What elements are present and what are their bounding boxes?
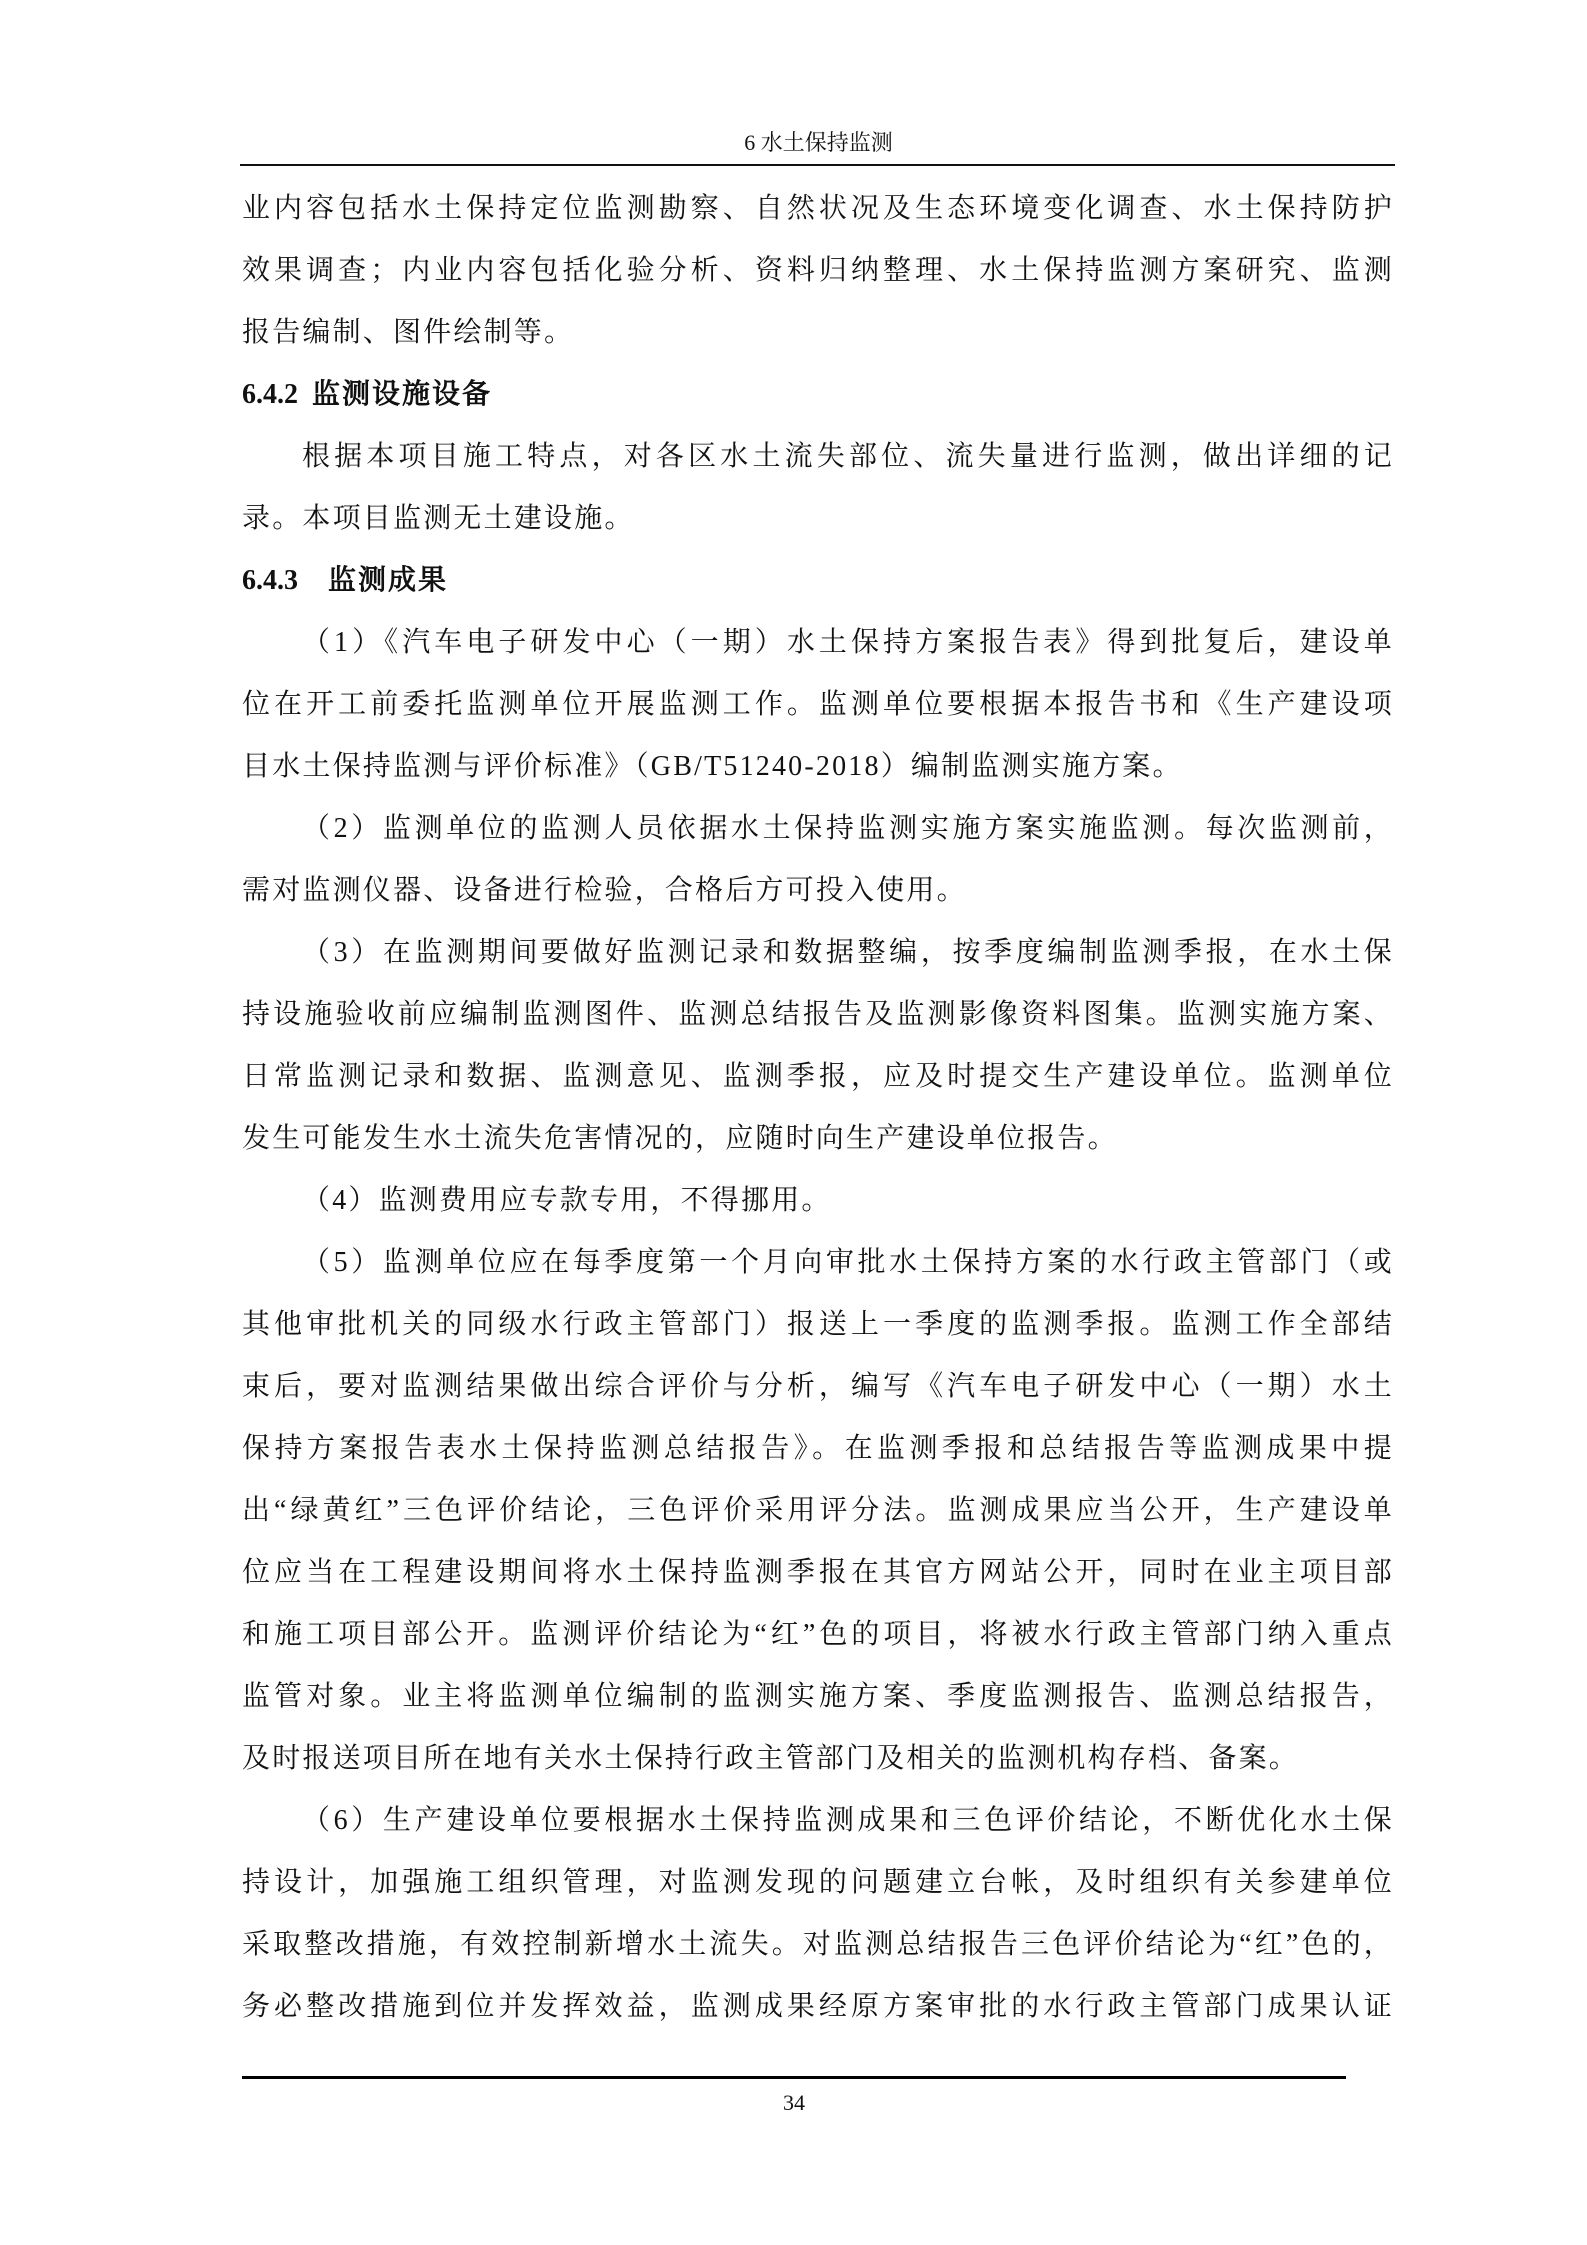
list-item-1-line: 目水土保持监测与评价标准》（GB/T51240-2018）编制监测实施方案。 bbox=[242, 736, 1394, 798]
running-header: 6 水土保持监测 bbox=[242, 128, 1395, 158]
list-item-6-line: 持设计，加强施工组织管理，对监测发现的问题建立台帐，及时组织有关参建单位 bbox=[242, 1852, 1394, 1914]
paragraph-line: 效果调查；内业内容包括化验分析、资料归纳整理、水土保持监测方案研究、监测 bbox=[242, 240, 1394, 302]
body-text: 业内容包括水土保持定位监测勘察、自然状况及生态环境变化调查、水土保持防护 效果调… bbox=[242, 178, 1394, 2038]
page-number: 34 bbox=[242, 2088, 1346, 2118]
paragraph-line: 根据本项目施工特点，对各区水土流失部位、流失量进行监测，做出详细的记 bbox=[242, 426, 1394, 488]
section-number: 6.4.2 bbox=[242, 379, 298, 410]
section-heading-6-4-2: 6.4.2监测设施设备 bbox=[242, 364, 1394, 426]
section-number: 6.4.3 bbox=[242, 565, 298, 596]
paragraph-line: 业内容包括水土保持定位监测勘察、自然状况及生态环境变化调查、水土保持防护 bbox=[242, 178, 1394, 240]
list-item-5-line: 及时报送项目所在地有关水土保持行政主管部门及相关的监测机构存档、备案。 bbox=[242, 1728, 1394, 1790]
list-item-5-line: （5）监测单位应在每季度第一个月向审批水土保持方案的水行政主管部门（或 bbox=[242, 1232, 1394, 1294]
list-item-5-line: 出“绿黄红”三色评价结论，三色评价采用评分法。监测成果应当公开，生产建设单 bbox=[242, 1480, 1394, 1542]
list-item-5-line: 位应当在工程建设期间将水土保持监测季报在其官方网站公开，同时在业主项目部 bbox=[242, 1542, 1394, 1604]
list-item-5-line: 束后，要对监测结果做出综合评价与分析，编写《汽车电子研发中心（一期）水土 bbox=[242, 1356, 1394, 1418]
list-item-3-line: 发生可能发生水土流失危害情况的，应随时向生产建设单位报告。 bbox=[242, 1108, 1394, 1170]
list-item-2-line: 需对监测仪器、设备进行检验，合格后方可投入使用。 bbox=[242, 860, 1394, 922]
paragraph-line: 报告编制、图件绘制等。 bbox=[242, 302, 1394, 364]
document-page: 6 水土保持监测 业内容包括水土保持定位监测勘察、自然状况及生态环境变化调查、水… bbox=[0, 0, 1587, 2245]
list-item-5-line: 保持方案报告表水土保持监测总结报告》。在监测季报和总结报告等监测成果中提 bbox=[242, 1418, 1394, 1480]
footer-divider bbox=[242, 2076, 1346, 2079]
list-item-4-line: （4）监测费用应专款专用，不得挪用。 bbox=[242, 1170, 1394, 1232]
list-item-1-line: （1）《汽车电子研发中心（一期）水土保持方案报告表》得到批复后，建设单 bbox=[242, 612, 1394, 674]
list-item-6-line: 务必整改措施到位并发挥效益，监测成果经原方案审批的水行政主管部门成果认证 bbox=[242, 1976, 1394, 2038]
list-item-5-line: 和施工项目部公开。监测评价结论为“红”色的项目，将被水行政主管部门纳入重点 bbox=[242, 1604, 1394, 1666]
list-item-6-line: （6）生产建设单位要根据水土保持监测成果和三色评价结论，不断优化水土保 bbox=[242, 1790, 1394, 1852]
section-heading-6-4-3: 6.4.3监测成果 bbox=[242, 550, 1394, 612]
section-title: 监测设施设备 bbox=[312, 379, 492, 410]
list-item-3-line: 日常监测记录和数据、监测意见、监测季报，应及时提交生产建设单位。监测单位 bbox=[242, 1046, 1394, 1108]
list-item-3-line: （3）在监测期间要做好监测记录和数据整编，按季度编制监测季报，在水土保 bbox=[242, 922, 1394, 984]
list-item-2-line: （2）监测单位的监测人员依据水土保持监测实施方案实施监测。每次监测前， bbox=[242, 798, 1394, 860]
section-title: 监测成果 bbox=[328, 565, 448, 596]
list-item-6-line: 采取整改措施，有效控制新增水土流失。对监测总结报告三色评价结论为“红”色的， bbox=[242, 1914, 1394, 1976]
list-item-5-line: 监管对象。业主将监测单位编制的监测实施方案、季度监测报告、监测总结报告， bbox=[242, 1666, 1394, 1728]
list-item-1-line: 位在开工前委托监测单位开展监测工作。监测单位要根据本报告书和《生产建设项 bbox=[242, 674, 1394, 736]
paragraph-line: 录。本项目监测无土建设施。 bbox=[242, 488, 1394, 550]
list-item-5-line: 其他审批机关的同级水行政主管部门）报送上一季度的监测季报。监测工作全部结 bbox=[242, 1294, 1394, 1356]
list-item-3-line: 持设施验收前应编制监测图件、监测总结报告及监测影像资料图集。监测实施方案、 bbox=[242, 984, 1394, 1046]
header-divider bbox=[240, 164, 1395, 166]
